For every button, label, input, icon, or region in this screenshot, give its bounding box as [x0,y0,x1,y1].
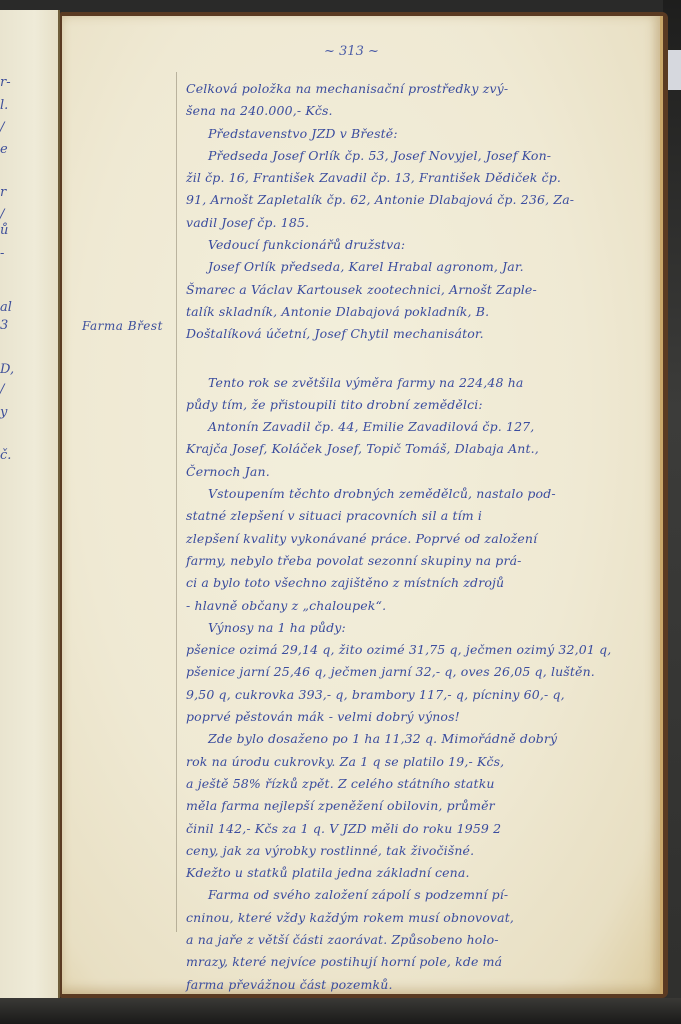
text-line: rok na úrodu cukrovky. Za 1 q se platilo… [186,751,636,773]
text-line: Předseda Josef Orlík čp. 53, Josef Novyj… [186,145,636,167]
text-line: Josef Orlík předseda, Karel Hrabal agron… [186,256,636,278]
section-heading: Výnosy na 1 ha půdy: [186,617,636,639]
margin-rule [176,72,177,932]
text-line: vadil Josef čp. 185. [186,212,636,234]
text-line: zlepšení kvality vykonávané práce. Poprv… [186,528,636,550]
text-line: Vstoupením těchto drobných zemědělců, na… [186,483,636,505]
text-line: a ještě 58% řízků zpět. Z celého státníh… [186,773,636,795]
text-line: poprvé pěstován mák - velmi dobrý výnos! [186,706,636,728]
section-heading: Představenstvo JZD v Břestě: [186,123,636,145]
text-line: mrazy, které nejvíce postihují horní pol… [186,951,636,973]
text-line: 9,50 q, cukrovka 393,- q, brambory 117,-… [186,684,636,706]
text-line: farmy, nebylo třeba povolat sezonní skup… [186,550,636,572]
text-line: a na jaře z větší části zaorávat. Způsob… [186,929,636,951]
scan-background: r- l. / e r / ů - al 3 D, / y č. ~ 313 ~… [0,0,681,1024]
text-line: Antonín Zavadil čp. 44, Emilie Zavadilov… [186,416,636,438]
text-line: - hlavně občany z „chaloupek“. [186,595,636,617]
paragraph-labour-improvement: Vstoupením těchto drobných zemědělců, na… [186,483,636,617]
text-line: ceny, jak za výrobky rostlinné, tak živo… [186,840,636,862]
text-line: 91, Arnošt Zapletalík čp. 62, Antonie Dl… [186,189,636,211]
text-line: talík skladník, Antonie Dlabajová poklad… [186,301,636,323]
text-line: statné zlepšení v situaci pracovních sil… [186,505,636,527]
left-page-fragment: r- [0,75,11,90]
left-page-fragment: y [0,405,7,420]
paragraph-sugar-beet-prices: Zde bylo dosaženo po 1 ha 11,32 q. Mimoř… [186,728,636,884]
left-page-fragment: l. [0,98,8,113]
left-page-fragment: / [0,120,4,135]
text-line: ci a bylo toto všechno zajištěno z místn… [186,572,636,594]
paragraph-gap [186,346,636,372]
left-page-fragment: č. [0,448,11,463]
left-page-fragment: ů [0,223,8,238]
text-line: šena na 240.000,- Kčs. [186,100,636,122]
paragraph-frost-damage: Farma od svého založení zápolí s podzemn… [186,884,636,995]
handwritten-text-body: Celková položka na mechanisační prostřed… [186,78,636,996]
text-line: Krajča Josef, Koláček Josef, Topič Tomáš… [186,438,636,460]
paragraph-yields: Výnosy na 1 ha půdy: pšenice ozimá 29,14… [186,617,636,728]
paragraph-mechanisation: Celková položka na mechanisační prostřed… [186,78,636,123]
paragraph-officials: Vedoucí funkcionářů družstva: Josef Orlí… [186,234,636,345]
previous-page-edge: r- l. / e r / ů - al 3 D, / y č. [0,10,60,998]
background-bottom [0,998,681,1024]
left-page-fragment: 3 [0,318,8,333]
text-line: Farma od svého založení zápolí s podzemn… [186,884,636,906]
text-line: cninou, které vždy každým rokem musí obn… [186,907,636,929]
text-line: měla farma nejlepší zpeněžení obilovin, … [186,795,636,817]
text-line: Celková položka na mechanisační prostřed… [186,78,636,100]
left-page-fragment: / [0,207,4,222]
left-page-fragment: e [0,142,8,157]
text-line: Černoch Jan. [186,461,636,483]
left-page-fragment: / [0,382,4,397]
text-line: půdy tím, že přistoupili tito drobní zem… [186,394,636,416]
page-number: ~ 313 ~ [324,44,379,59]
text-line: žil čp. 16, František Zavadil čp. 13, Fr… [186,167,636,189]
paragraph-board-of-directors: Představenstvo JZD v Břestě: Předseda Jo… [186,123,636,234]
left-page-fragment: D, [0,362,14,377]
text-line: Doštalíková účetní, Josef Chytil mechani… [186,323,636,345]
chronicle-page: ~ 313 ~ Farma Břest Celková položka na m… [62,16,663,994]
text-line: farma převážnou část pozemků. [186,974,636,996]
text-line: Kdežto u statků platila jedna základní c… [186,862,636,884]
text-line: Tento rok se zvětšila výměra farmy na 22… [186,372,636,394]
text-line: Šmarec a Václav Kartousek zootechnici, A… [186,279,636,301]
paragraph-farm-expansion: Tento rok se zvětšila výměra farmy na 22… [186,372,636,483]
text-line: činil 142,- Kčs za 1 q. V JZD měli do ro… [186,818,636,840]
left-page-fragment: r [0,185,6,200]
text-line: pšenice jarní 25,46 q, ječmen jarní 32,-… [186,661,636,683]
text-line: Zde bylo dosaženo po 1 ha 11,32 q. Mimoř… [186,728,636,750]
margin-note: Farma Břest [82,319,163,333]
left-page-fragment: al [0,300,12,315]
left-page-fragment: - [0,246,4,261]
text-line: pšenice ozimá 29,14 q, žito ozimé 31,75 … [186,639,636,661]
section-heading: Vedoucí funkcionářů družstva: [186,234,636,256]
